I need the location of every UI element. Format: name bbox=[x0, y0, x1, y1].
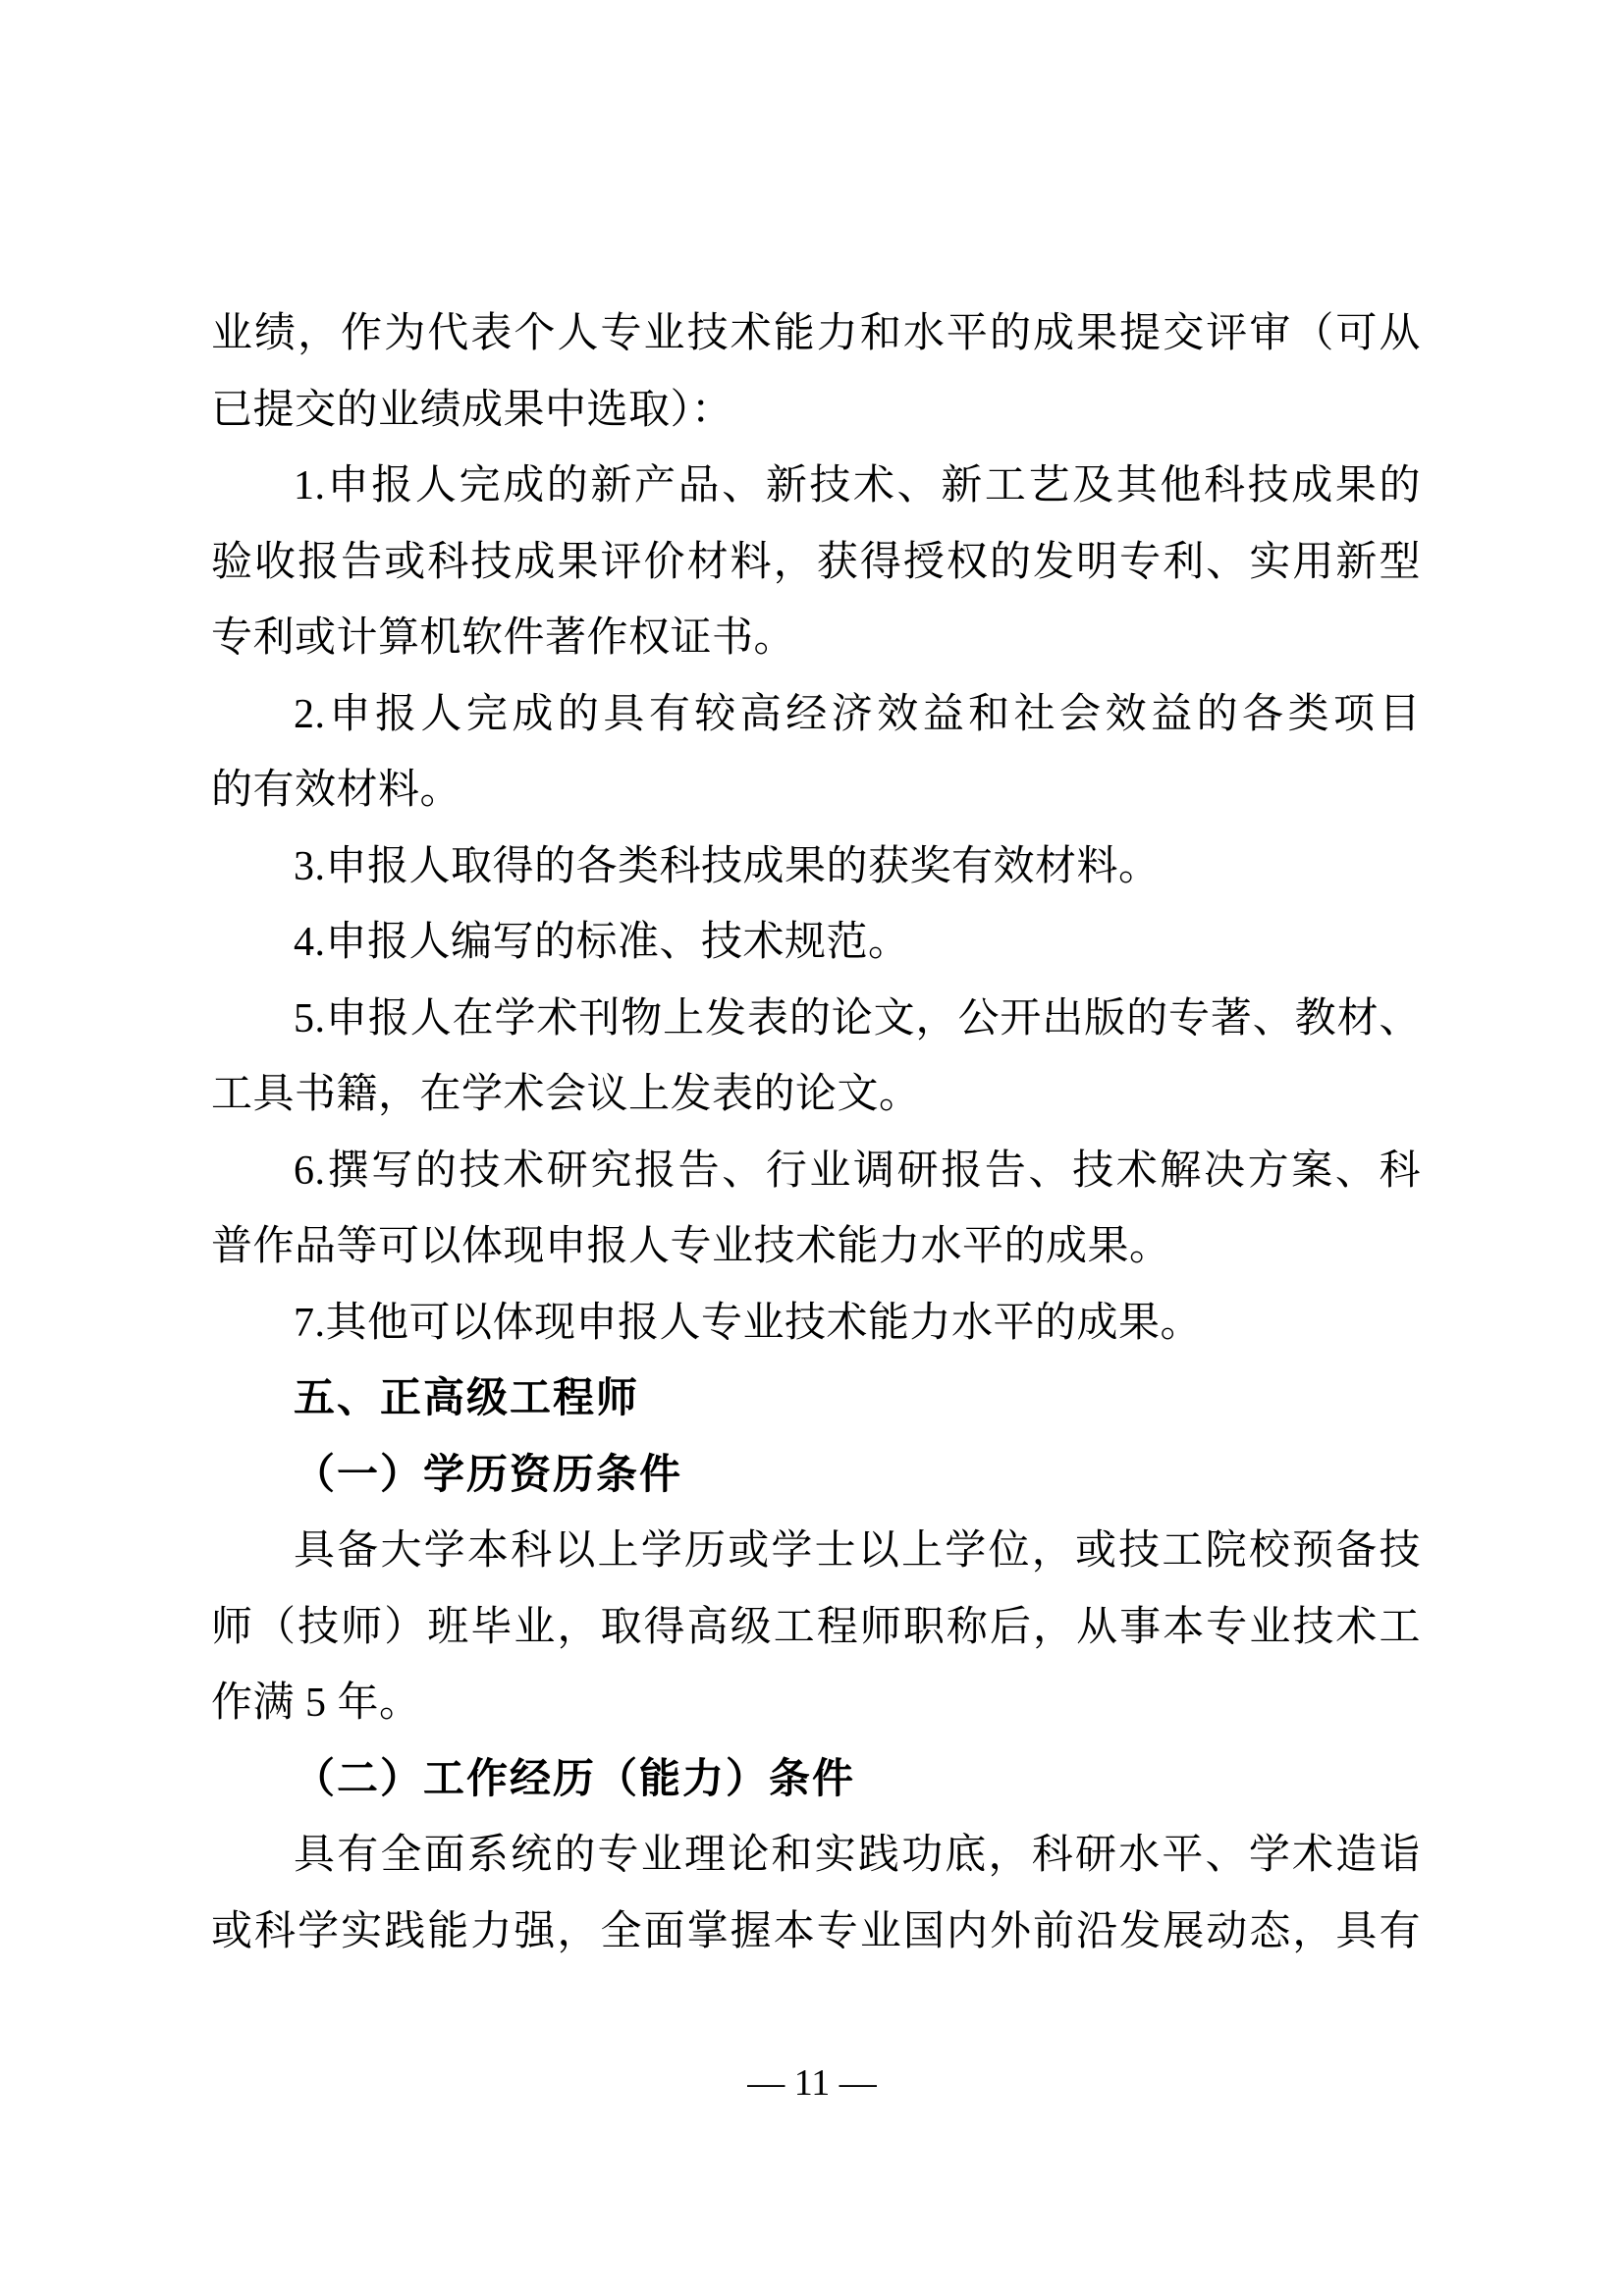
body-line: 2.申报人完成的具有较高经济效益和社会效益的各类项目 bbox=[211, 677, 1421, 754]
body-line: 具备大学本科以上学历或学士以上学位，或技工院校预备技 bbox=[211, 1514, 1421, 1590]
heading-line: （二）工作经历（能力）条件 bbox=[211, 1742, 1421, 1819]
body-line: 已提交的业绩成果中选取）： bbox=[211, 373, 1421, 450]
body-line: 验收报告或科技成果评价材料，获得授权的发明专利、实用新型 bbox=[211, 525, 1421, 602]
body-line: 或科学实践能力强，全面掌握本专业国内外前沿发展动态，具有 bbox=[211, 1895, 1421, 1971]
body-line: 具有全面系统的专业理论和实践功底，科研水平、学术造诣 bbox=[211, 1818, 1421, 1895]
body-line: 师（技师）班毕业，取得高级工程师职称后，从事本专业技术工 bbox=[211, 1590, 1421, 1667]
heading-line: 五、正高级工程师 bbox=[211, 1362, 1421, 1438]
body-line: 6.撰写的技术研究报告、行业调研报告、技术解决方案、科 bbox=[211, 1134, 1421, 1210]
body-line: 业绩，作为代表个人专业技术能力和水平的成果提交评审（可从 bbox=[211, 296, 1421, 373]
body-line: 5.申报人在学术刊物上发表的论文，公开出版的专著、教材、 bbox=[211, 982, 1421, 1058]
body-line: 7.其他可以体现申报人专业技术能力水平的成果。 bbox=[211, 1286, 1421, 1362]
body-line: 作满 5 年。 bbox=[211, 1666, 1421, 1742]
body-line: 4.申报人编写的标准、技术规范。 bbox=[211, 905, 1421, 982]
body-line: 专利或计算机软件著作权证书。 bbox=[211, 601, 1421, 677]
body-line: 1.申报人完成的新产品、新技术、新工艺及其他科技成果的 bbox=[211, 449, 1421, 525]
document-body: 业绩，作为代表个人专业技术能力和水平的成果提交评审（可从已提交的业绩成果中选取）… bbox=[211, 296, 1421, 1970]
body-line: 3.申报人取得的各类科技成果的获奖有效材料。 bbox=[211, 829, 1421, 906]
page-number: — 11 — bbox=[747, 2062, 877, 2104]
body-line: 普作品等可以体现申报人专业技术能力水平的成果。 bbox=[211, 1209, 1421, 1286]
page-footer: — 11 — bbox=[0, 2059, 1624, 2107]
body-line: 的有效材料。 bbox=[211, 753, 1421, 829]
body-line: 工具书籍，在学术会议上发表的论文。 bbox=[211, 1057, 1421, 1134]
heading-line: （一）学历资历条件 bbox=[211, 1438, 1421, 1515]
document-page: 业绩，作为代表个人专业技术能力和水平的成果提交评审（可从已提交的业绩成果中选取）… bbox=[0, 0, 1624, 2296]
